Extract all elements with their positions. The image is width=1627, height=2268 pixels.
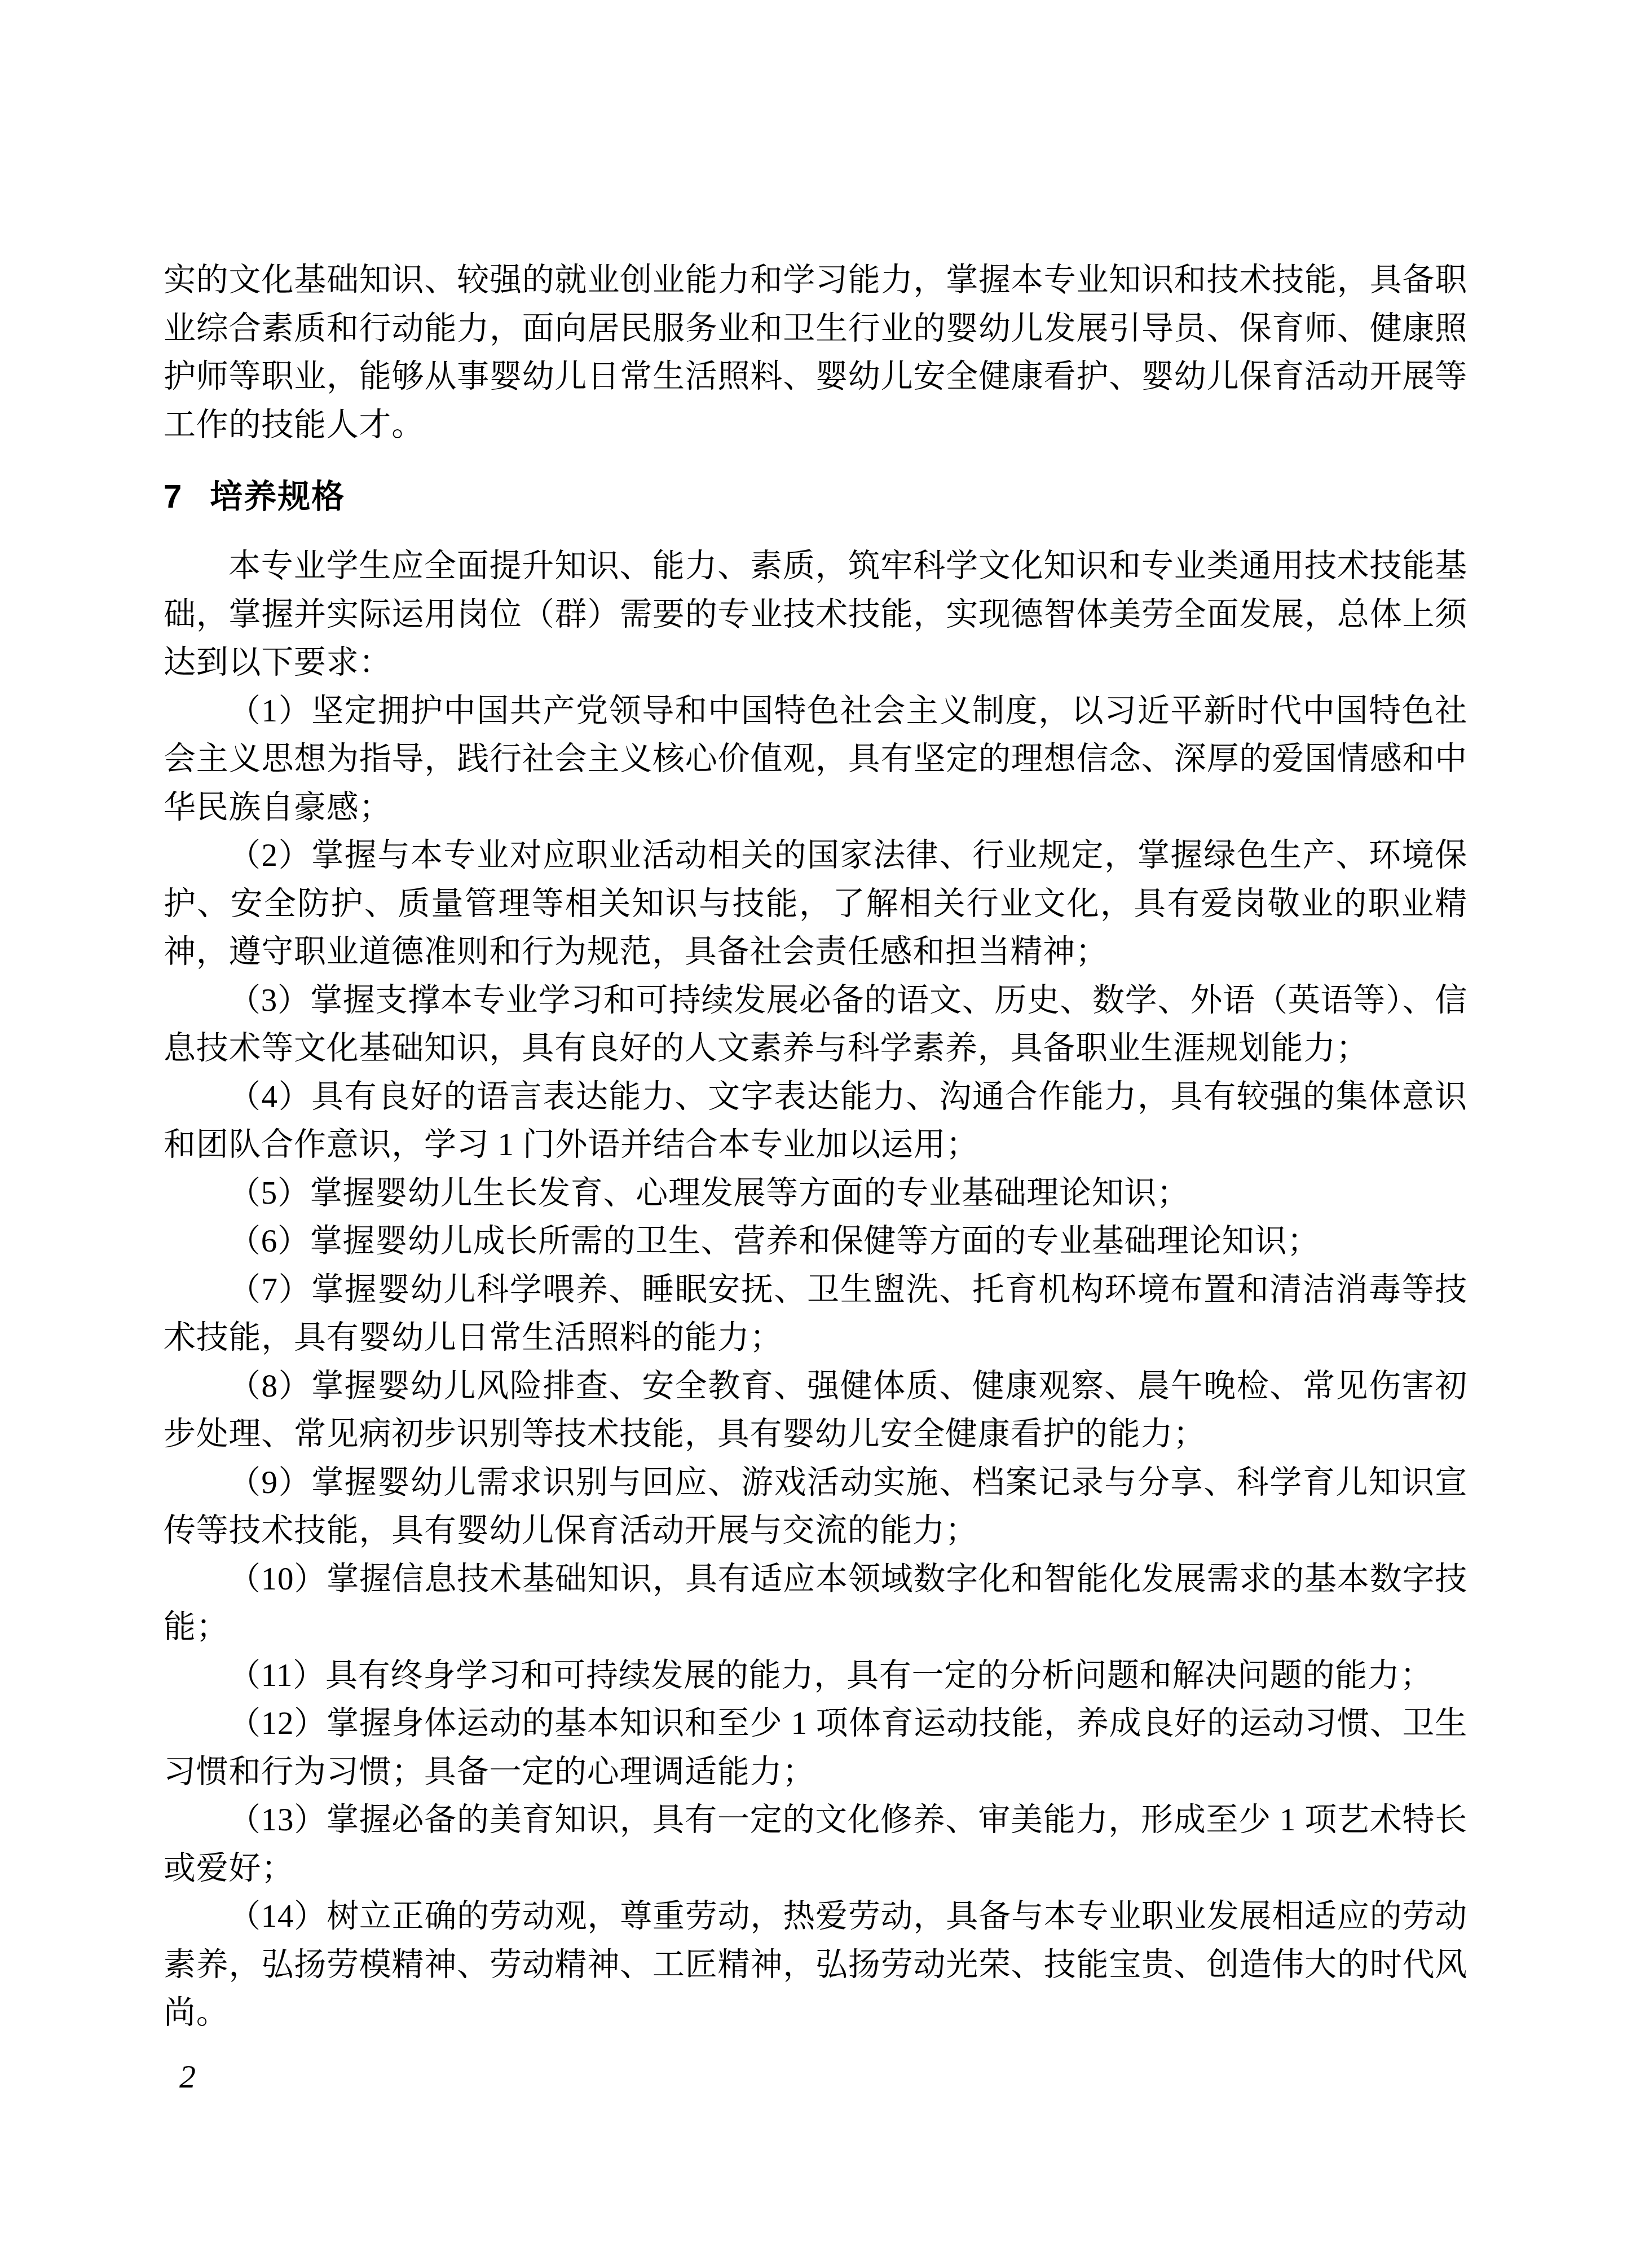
requirement-item: （4）具有良好的语言表达能力、文字表达能力、沟通合作能力，具有较强的集体意识和团… xyxy=(164,1073,1467,1169)
requirement-item: （1）坚定拥护中国共产党领导和中国特色社会主义制度，以习近平新时代中国特色社会主… xyxy=(164,687,1467,832)
requirement-item: （5）掌握婴幼儿生长发育、心理发展等方面的专业基础理论知识； xyxy=(164,1169,1467,1218)
requirement-item: （14）树立正确的劳动观，尊重劳动，热爱劳动，具备与本专业职业发展相适应的劳动素… xyxy=(164,1892,1467,2037)
page-number: 2 xyxy=(179,2060,196,2094)
requirement-item: （3）掌握支撑本专业学习和可持续发展必备的语文、历史、数学、外语（英语等）、信息… xyxy=(164,976,1467,1073)
requirement-item: （10）掌握信息技术基础知识，具有适应本领域数字化和智能化发展需求的基本数字技能… xyxy=(164,1555,1467,1652)
section-title: 培养规格 xyxy=(210,478,345,515)
requirement-item: （9）掌握婴幼儿需求识别与回应、游戏活动实施、档案记录与分享、科学育儿知识宣传等… xyxy=(164,1459,1467,1555)
continuation-paragraph: 实的文化基础知识、较强的就业创业能力和学习能力，掌握本专业知识和技术技能，具备职… xyxy=(164,256,1467,449)
section-number: 7 xyxy=(164,478,183,515)
requirement-item: （6）掌握婴幼儿成长所需的卫生、营养和保健等方面的专业基础理论知识； xyxy=(164,1217,1467,1266)
requirement-item: （11）具有终身学习和可持续发展的能力，具有一定的分析问题和解决问题的能力； xyxy=(164,1652,1467,1700)
section-heading: 7培养规格 xyxy=(164,480,1467,514)
section-intro-paragraph: 本专业学生应全面提升知识、能力、素质，筑牢科学文化知识和专业类通用技术技能基础，… xyxy=(164,542,1467,687)
requirement-item: （8）掌握婴幼儿风险排查、安全教育、强健体质、健康观察、晨午晚检、常见伤害初步处… xyxy=(164,1362,1467,1459)
requirement-item: （12）掌握身体运动的基本知识和至少 1 项体育运动技能，养成良好的运动习惯、卫… xyxy=(164,1699,1467,1796)
requirement-item: （13）掌握必备的美育知识，具有一定的文化修养、审美能力，形成至少 1 项艺术特… xyxy=(164,1796,1467,1892)
requirements-list: （1）坚定拥护中国共产党领导和中国特色社会主义制度，以习近平新时代中国特色社会主… xyxy=(164,687,1467,2037)
requirement-item: （2）掌握与本专业对应职业活动相关的国家法律、行业规定，掌握绿色生产、环境保护、… xyxy=(164,831,1467,976)
page-content: 实的文化基础知识、较强的就业创业能力和学习能力，掌握本专业知识和技术技能，具备职… xyxy=(164,256,1467,2037)
document-page: 实的文化基础知识、较强的就业创业能力和学习能力，掌握本专业知识和技术技能，具备职… xyxy=(0,0,1627,2268)
requirement-item: （7）掌握婴幼儿科学喂养、睡眠安抚、卫生盥洗、托育机构环境布置和清洁消毒等技术技… xyxy=(164,1266,1467,1362)
